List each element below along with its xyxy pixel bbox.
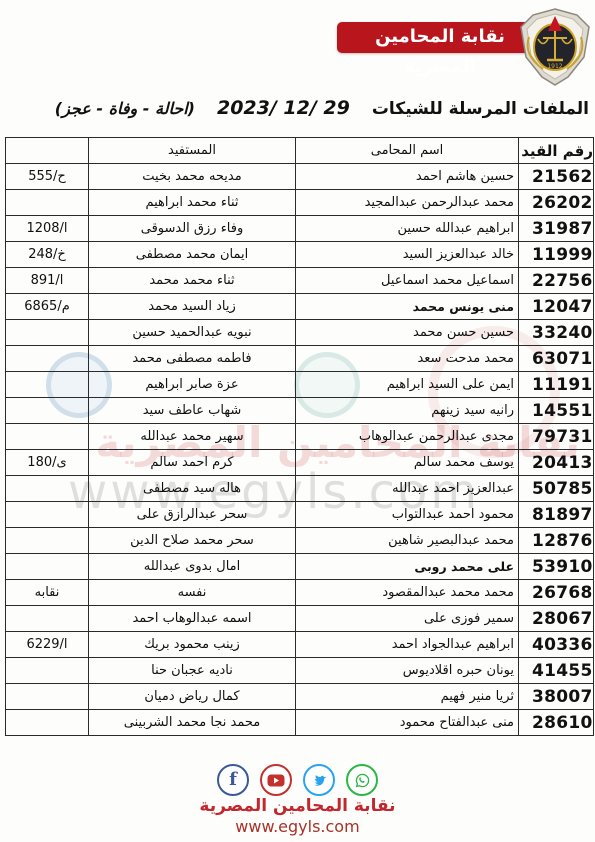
beneficiary-cell: سهير محمد عبدالله: [89, 424, 296, 450]
reg-no-cell: 81897: [519, 502, 594, 528]
beneficiary-cell: ايمان محمد مصطفى: [89, 242, 296, 268]
table-row: 286103منى عبدالفتاح محمودمحمد نجا محمد ا…: [6, 710, 594, 736]
table-row: 40336ابراهيم عبدالجواد احمدزينب محمود بر…: [6, 632, 594, 658]
beneficiary-cell: هاله سيد مصطفى: [89, 476, 296, 502]
lawyer-name-cell: حسين حسن محمد: [296, 320, 519, 346]
table-header-row: رقم القيد اسم المحامى المستفيد: [6, 138, 594, 164]
lawyer-name-cell: خالد عبدالعزيز السيد: [296, 242, 519, 268]
beneficiary-cell: ثناء محمد محمد: [89, 268, 296, 294]
beneficiary-cell: محمد نجا محمد الشربينى: [89, 710, 296, 736]
beneficiary-cell: مديحه محمد بخيت: [89, 164, 296, 190]
whatsapp-icon: [346, 764, 378, 796]
ref-cell: ا/891: [6, 268, 89, 294]
lawyer-name-cell: محمد عبدالبصير شاهين: [296, 528, 519, 554]
reg-no-cell: 50785: [519, 476, 594, 502]
table-row: 53910على محمد روبىامال بدوى عبدالله: [6, 554, 594, 580]
lawyer-name-cell: ثريا منير فهيم: [296, 684, 519, 710]
beneficiary-cell: سحر عبدالرازق على: [89, 502, 296, 528]
lawyer-name-cell: ابراهيم عبدالله حسين: [296, 216, 519, 242]
reg-no-cell: 22756: [519, 268, 594, 294]
ref-cell: ا/6229: [6, 632, 89, 658]
table-row: 81897محمود احمد عبدالتوابسحر عبدالرازق ع…: [6, 502, 594, 528]
table-row: 267680محمد محمد عبدالمقصودنفسهنقابه: [6, 580, 594, 606]
reg-no-cell: 286103: [519, 710, 594, 736]
table-body: 21562حسين هاشم احمدمديحه محمد بخيتح/5552…: [6, 164, 594, 736]
beneficiary-cell: زياد السيد محمد: [89, 294, 296, 320]
ref-cell: ح/555: [6, 164, 89, 190]
twitter-icon: [303, 764, 335, 796]
lawyer-name-cell: منى يونس محمد: [296, 294, 519, 320]
beneficiary-cell: كمال رياض دميان: [89, 684, 296, 710]
reg-no-cell: 119996: [519, 242, 594, 268]
ref-cell: [6, 424, 89, 450]
lawyer-name-cell: حسين هاشم احمد: [296, 164, 519, 190]
table-row: 38007ثريا منير فهيمكمال رياض دميان: [6, 684, 594, 710]
table-row: 26202محمد عبدالرحمن عبدالمجيدثناء محمد ا…: [6, 190, 594, 216]
bar-association-emblem-icon: 1912: [517, 7, 593, 91]
table-row: 41455يونان حبره اقلاديوسناديه عجبان حنا: [6, 658, 594, 684]
beneficiary-cell: سحر محمد صلاح الدين: [89, 528, 296, 554]
beneficiary-cell: اسمه عبدالوهاب احمد: [89, 606, 296, 632]
reg-no-cell: 40336: [519, 632, 594, 658]
footer-org-name: نقابة المحامين المصرية: [0, 796, 595, 816]
lawyer-name-cell: محمد مدحت سعد: [296, 346, 519, 372]
beneficiary-cell: شهاب عاطف سيد: [89, 398, 296, 424]
ref-cell: [6, 346, 89, 372]
table-row: 128763محمد عبدالبصير شاهينسحر محمد صلاح …: [6, 528, 594, 554]
lawyer-name-cell: منى عبدالفتاح محمود: [296, 710, 519, 736]
emblem-year: 1912: [547, 63, 562, 70]
ref-cell: [6, 606, 89, 632]
beneficiary-cell: وفاء رزق الدسوقى: [89, 216, 296, 242]
ref-cell: خ/248: [6, 242, 89, 268]
table-row: 33240حسين حسن محمدنبويه عبدالحميد حسين: [6, 320, 594, 346]
ref-cell: ا/1208: [6, 216, 89, 242]
header-lawyer: اسم المحامى: [296, 138, 519, 164]
ref-cell: [6, 476, 89, 502]
facebook-icon: f: [217, 764, 249, 796]
table-row: 280670سمير فوزى علىاسمه عبدالوهاب احمد: [6, 606, 594, 632]
reg-no-cell: 26202: [519, 190, 594, 216]
ref-cell: [6, 502, 89, 528]
table-row: 21562حسين هاشم احمدمديحه محمد بخيتح/555: [6, 164, 594, 190]
ref-cell: م/6865: [6, 294, 89, 320]
org-banner: نقابة المحامين المصرية: [337, 22, 543, 53]
lawyer-name-cell: سمير فوزى على: [296, 606, 519, 632]
beneficiary-cell: فاطمه مصطفى محمد: [89, 346, 296, 372]
document-title: الملفات المرسلة للشيكات 2023/ 12/ 29 (اح…: [30, 97, 589, 119]
reg-no-cell: 41455: [519, 658, 594, 684]
lawyer-name-cell: محمود احمد عبدالتواب: [296, 502, 519, 528]
lawyer-name-cell: يونان حبره اقلاديوس: [296, 658, 519, 684]
ref-cell: [6, 528, 89, 554]
lawyer-name-cell: اسماعيل محمد اسماعيل: [296, 268, 519, 294]
table-row: 120478منى يونس محمدزياد السيد محمدم/6865: [6, 294, 594, 320]
reg-no-cell: 145519: [519, 398, 594, 424]
lawyer-name-cell: محمد عبدالرحمن عبدالمجيد: [296, 190, 519, 216]
reg-no-cell: 21562: [519, 164, 594, 190]
reg-no-cell: 33240: [519, 320, 594, 346]
lawyer-name-cell: مجدى عبدالرحمن عبدالوهاب: [296, 424, 519, 450]
table-row: 145519رانيه سيد زينهمشهاب عاطف سيد: [6, 398, 594, 424]
title-date: 2023/ 12/ 29: [217, 97, 350, 119]
youtube-icon: [260, 764, 292, 796]
lawyer-name-cell: عبدالعزيز احمد عبدالله: [296, 476, 519, 502]
reg-no-cell: 128763: [519, 528, 594, 554]
beneficiary-cell: نفسه: [89, 580, 296, 606]
table-row: 111914ايمن على السيد ابراهيمعزة صابر ابر…: [6, 372, 594, 398]
table-row: 50785عبدالعزيز احمد عبداللههاله سيد مصطف…: [6, 476, 594, 502]
ref-cell: [6, 710, 89, 736]
table-row: 20413يوسف محمد سالمكرم احمد سالمى/180: [6, 450, 594, 476]
reg-no-cell: 280670: [519, 606, 594, 632]
header-beneficiary: المستفيد: [89, 138, 296, 164]
ref-cell: [6, 372, 89, 398]
lawyer-name-cell: ابراهيم عبدالجواد احمد: [296, 632, 519, 658]
table-row: 79731مجدى عبدالرحمن عبدالوهابسهير محمد ع…: [6, 424, 594, 450]
scanned-document-page: نقابة المحامين المصرية www.egyls.com نقا…: [0, 0, 595, 842]
ref-cell: [6, 554, 89, 580]
social-icons-row: f: [0, 764, 595, 796]
ref-cell: [6, 320, 89, 346]
lawyer-name-cell: محمد محمد عبدالمقصود: [296, 580, 519, 606]
reg-no-cell: 79731: [519, 424, 594, 450]
reg-no-cell: 267680: [519, 580, 594, 606]
lawyer-name-cell: ايمن على السيد ابراهيم: [296, 372, 519, 398]
reg-no-cell: 38007: [519, 684, 594, 710]
title-main: الملفات المرسلة للشيكات: [372, 99, 589, 119]
reg-no-cell: 111914: [519, 372, 594, 398]
lawyer-name-cell: على محمد روبى: [296, 554, 519, 580]
ref-cell: [6, 658, 89, 684]
beneficiary-cell: نبويه عبدالحميد حسين: [89, 320, 296, 346]
ref-cell: [6, 398, 89, 424]
footer-website: www.egyls.com: [0, 817, 595, 836]
beneficiary-cell: ناديه عجبان حنا: [89, 658, 296, 684]
reg-no-cell: 20413: [519, 450, 594, 476]
reg-no-cell: 120478: [519, 294, 594, 320]
lawyer-name-cell: رانيه سيد زينهم: [296, 398, 519, 424]
files-table: رقم القيد اسم المحامى المستفيد 21562حسين…: [5, 137, 594, 736]
beneficiary-cell: زينب محمود بريك: [89, 632, 296, 658]
ref-cell: [6, 684, 89, 710]
beneficiary-cell: عزة صابر ابراهيم: [89, 372, 296, 398]
header-ref: [6, 138, 89, 164]
reg-no-cell: 630718: [519, 346, 594, 372]
beneficiary-cell: ثناء محمد ابراهيم: [89, 190, 296, 216]
ref-cell: [6, 190, 89, 216]
ref-cell: ى/180: [6, 450, 89, 476]
ref-cell: نقابه: [6, 580, 89, 606]
reg-no-cell: 53910: [519, 554, 594, 580]
table-row: 119996خالد عبدالعزيز السيدايمان محمد مصط…: [6, 242, 594, 268]
beneficiary-cell: امال بدوى عبدالله: [89, 554, 296, 580]
lawyer-name-cell: يوسف محمد سالم: [296, 450, 519, 476]
title-note: (احالة - وفاة - عجز): [55, 99, 195, 118]
header-reg-no: رقم القيد: [519, 138, 594, 164]
table-row: 22756اسماعيل محمد اسماعيلثناء محمد محمدا…: [6, 268, 594, 294]
reg-no-cell: 31987: [519, 216, 594, 242]
table-row: 31987ابراهيم عبدالله حسينوفاء رزق الدسوق…: [6, 216, 594, 242]
beneficiary-cell: كرم احمد سالم: [89, 450, 296, 476]
table-row: 630718محمد مدحت سعدفاطمه مصطفى محمد: [6, 346, 594, 372]
